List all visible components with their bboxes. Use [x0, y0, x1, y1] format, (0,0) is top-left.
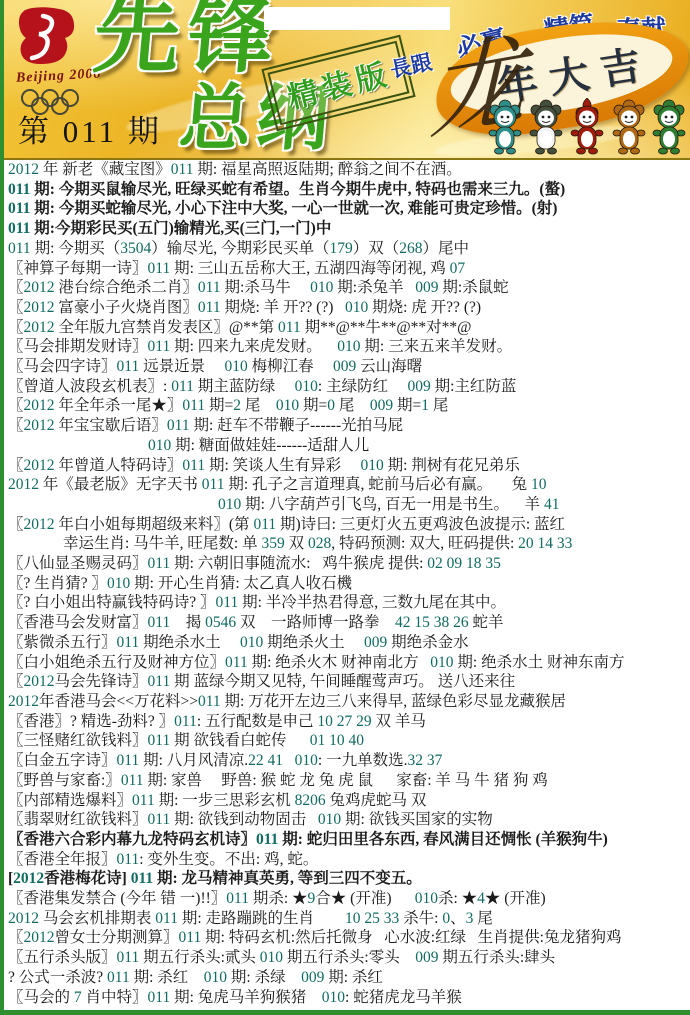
report-line: 〖神算子每期一诗〗011 期: 三山五岳称大王, 五湖四海等闭视, 鸡 07 — [8, 259, 690, 279]
report-line: 2012 年《最老版》无字天书 011 期: 孔子之言道理真, 蛇前马后必有赢。… — [8, 475, 690, 495]
report-line: 〖内部精选爆料〗011 期: 一步三思彩玄机 8206 兔鸡虎蛇马 双 — [8, 791, 690, 811]
report-line: 〖? 生肖猜? 〗010 期: 开心生肖猜: 太乙真人收石機 — [8, 574, 690, 594]
report-line: [2012香港梅花诗] 011 期: 龙马精神真英勇, 等到三四不变五。 — [8, 869, 690, 889]
fuwa-mascot-1 — [489, 100, 521, 154]
report-line: 2012年香港马会<<万花料>>011 期: 万花开左边三八来得早, 蓝绿色彩尽… — [8, 692, 690, 712]
report-line: 〖香港马会发财富〗011 揭 0546 双 一路师博一路拳 42 15 38 2… — [8, 613, 690, 633]
report-line: 〖2012 年白小姐每期超级来料〗(第 011 期)诗曰: 三更灯火五更鸡波色波… — [8, 515, 690, 535]
report-line: 011 期: 今期买鼠输尽光, 旺绿买蛇有希望。生肖今期牛虎中, 特码也需来三九… — [8, 180, 690, 200]
report-line: 〖白金五字诗〗011 期: 八月风清凉.22 41 010: 一九单数选.32 … — [8, 751, 690, 771]
report-line: 〖野兽与家畜:〗011 期: 家兽 野兽: 猴 蛇 龙 兔 虎 鼠 家畜: 羊 … — [8, 771, 690, 791]
report-line: 〖香港全年报〗011: 变外生变。不出: 鸡, 蛇。 — [8, 850, 690, 870]
report-line: 〖2012 年全年杀一尾★〗011 期=2 尾 010 期=0 尾 009 期=… — [8, 396, 690, 416]
report-line: 011 期: 今期买（3504）输尽光, 今期彩民买单（179）双（268）尾中 — [8, 239, 690, 259]
report-line: 〖白小姐绝杀五行及财神方位〗011 期: 绝杀火木 财神南北方 010 期: 绝… — [8, 653, 690, 673]
report-line: 010 期: 糖面做娃娃------适甜人儿 — [8, 436, 690, 456]
report-line: 〖2012曾女士分期测算〗011 期: 特码玄机:然后托微身 心水波:红绿 生肖… — [8, 928, 690, 948]
fuwa-mascot-2 — [530, 100, 562, 154]
fuwa-mascot-4 — [613, 100, 645, 154]
masthead: Beijing 2008 第 011 期 先锋 总纲 精装版 必赢 精简 奉献 … — [4, 0, 690, 160]
dancing-beijing-seal-icon — [10, 4, 80, 68]
lottery-tip-sheet: Beijing 2008 第 011 期 先锋 总纲 精装版 必赢 精简 奉献 … — [0, 0, 690, 1015]
edition-badge-label: 精装版 — [284, 57, 394, 116]
report-line: 〖八仙显圣赐灵码〗011 期: 六朝旧事随流水: 鸡牛猴虎 提供: 02 09 … — [8, 554, 690, 574]
report-lines: 2012 年 新老《藏宝图》011 期: 福星高照返陆期; 醉翁之间不在酒。01… — [8, 160, 690, 1007]
report-line: 011 期:今期彩民买(五门)输精光,买(三门,一门)中 — [8, 219, 690, 239]
report-line: 2012 马会玄机排期表 011 期: 走路蹦跳的生肖 10 25 33 杀牛:… — [8, 909, 690, 929]
report-line: ? 公式一杀波? 011 期: 杀红 010 期: 杀绿 009 期: 杀红 — [8, 968, 690, 988]
report-line: 〖2012 年曾道人特码诗〗011 期: 笑谈人生有异彩 010 期: 荆树有花… — [8, 456, 690, 476]
report-line: 幸运生肖: 马牛羊, 旺尾数: 单 359 双 028, 特码预测: 双大, 旺… — [8, 534, 690, 554]
report-line: 〖紫微杀五行〗011 期绝杀水土 010 期绝杀火土 009 期绝杀金水 — [8, 633, 690, 653]
report-line: 〖香港〗? 精选-劲料? 〗011: 五行配数是申己 10 27 29 双 羊马 — [8, 712, 690, 732]
blanked-out-box — [264, 7, 450, 30]
masthead-title-top: 先锋 — [90, 0, 286, 78]
report-line: 〖2012 全年版九宫禁肖发表区〗@**第 011 期**@**牛**@**对*… — [8, 318, 690, 338]
report-line: 〖马会四字诗〗011 远景近景 010 梅柳江春 009 云山海曙 — [8, 357, 690, 377]
report-line: 〖2012 港台综合绝杀二肖〗011 期:杀马牛 010 期:杀兔羊 009 期… — [8, 278, 690, 298]
fuwa-mascot-5 — [653, 100, 685, 154]
report-line: 〖2012 富豪小子火烧肖图〗011 期烧: 羊 开?? (?) 010 期烧:… — [8, 298, 690, 318]
report-line: 〖2012马会先锋诗〗011 期 蓝绿今期又见特, 午间睡醒莺声巧。 送八还来往 — [8, 672, 690, 692]
report-line: 010 期: 八字葫芦引飞鸟, 百无一用是书生。 羊 41 — [8, 495, 690, 515]
report-line: 011 期: 今期买蛇输尽光, 小心下注中大奖, 一心一世就一次, 难能可贵定珍… — [8, 199, 690, 219]
report-line: 〖马会排期发财诗〗011 期: 四来九来虎发财。 010 期: 三来五来羊发财。 — [8, 337, 690, 357]
report-line: 〖2012 年宝宝歇后语〗011 期: 赶车不带鞭子------光拍马屁 — [8, 416, 690, 436]
report-line: 〖曾道人波段玄机表〗: 011 期主蓝防绿 010: 主绿防红 009 期:主红… — [8, 377, 690, 397]
report-line: 〖五行杀头版〗011 期五行杀头:贰头 010 期五行杀头:零头 009 期五行… — [8, 948, 690, 968]
fuwa-mascot-3 — [571, 98, 603, 154]
report-line: 〖翡翠财红欲钱料〗011 期: 欲钱到动物固击 010 期: 欲钱买国家的实物 — [8, 810, 690, 830]
report-line: 2012 年 新老《藏宝图》011 期: 福星高照返陆期; 醉翁之间不在酒。 — [8, 160, 690, 180]
fuwa-mascots — [486, 98, 690, 160]
report-line: 〖香港六合彩内幕九龙特码玄机诗〗011 期: 蛇归田里各东西, 春风满目还惆怅 … — [8, 830, 690, 850]
report-line: 〖? 白小姐出特赢钱特码诗? 〗011 期: 半冷半热君得意, 三数九尾在其中。 — [8, 593, 690, 613]
report-line: 〖马会的 7 肖中特〗011 期: 兔虎马羊狗猴猪 010: 蛇猪虎龙马羊猴 — [8, 988, 690, 1008]
report-line: 〖三怪赌红欲钱料〗011 期 欲钱看白蛇传 01 10 40 — [8, 731, 690, 751]
report-line: 〖香港集发禁合 (今年 错 一)!!〗011 期杀: ★9合★ (开准) 010… — [8, 889, 690, 909]
issue-number: 第 011 期 — [18, 106, 162, 151]
